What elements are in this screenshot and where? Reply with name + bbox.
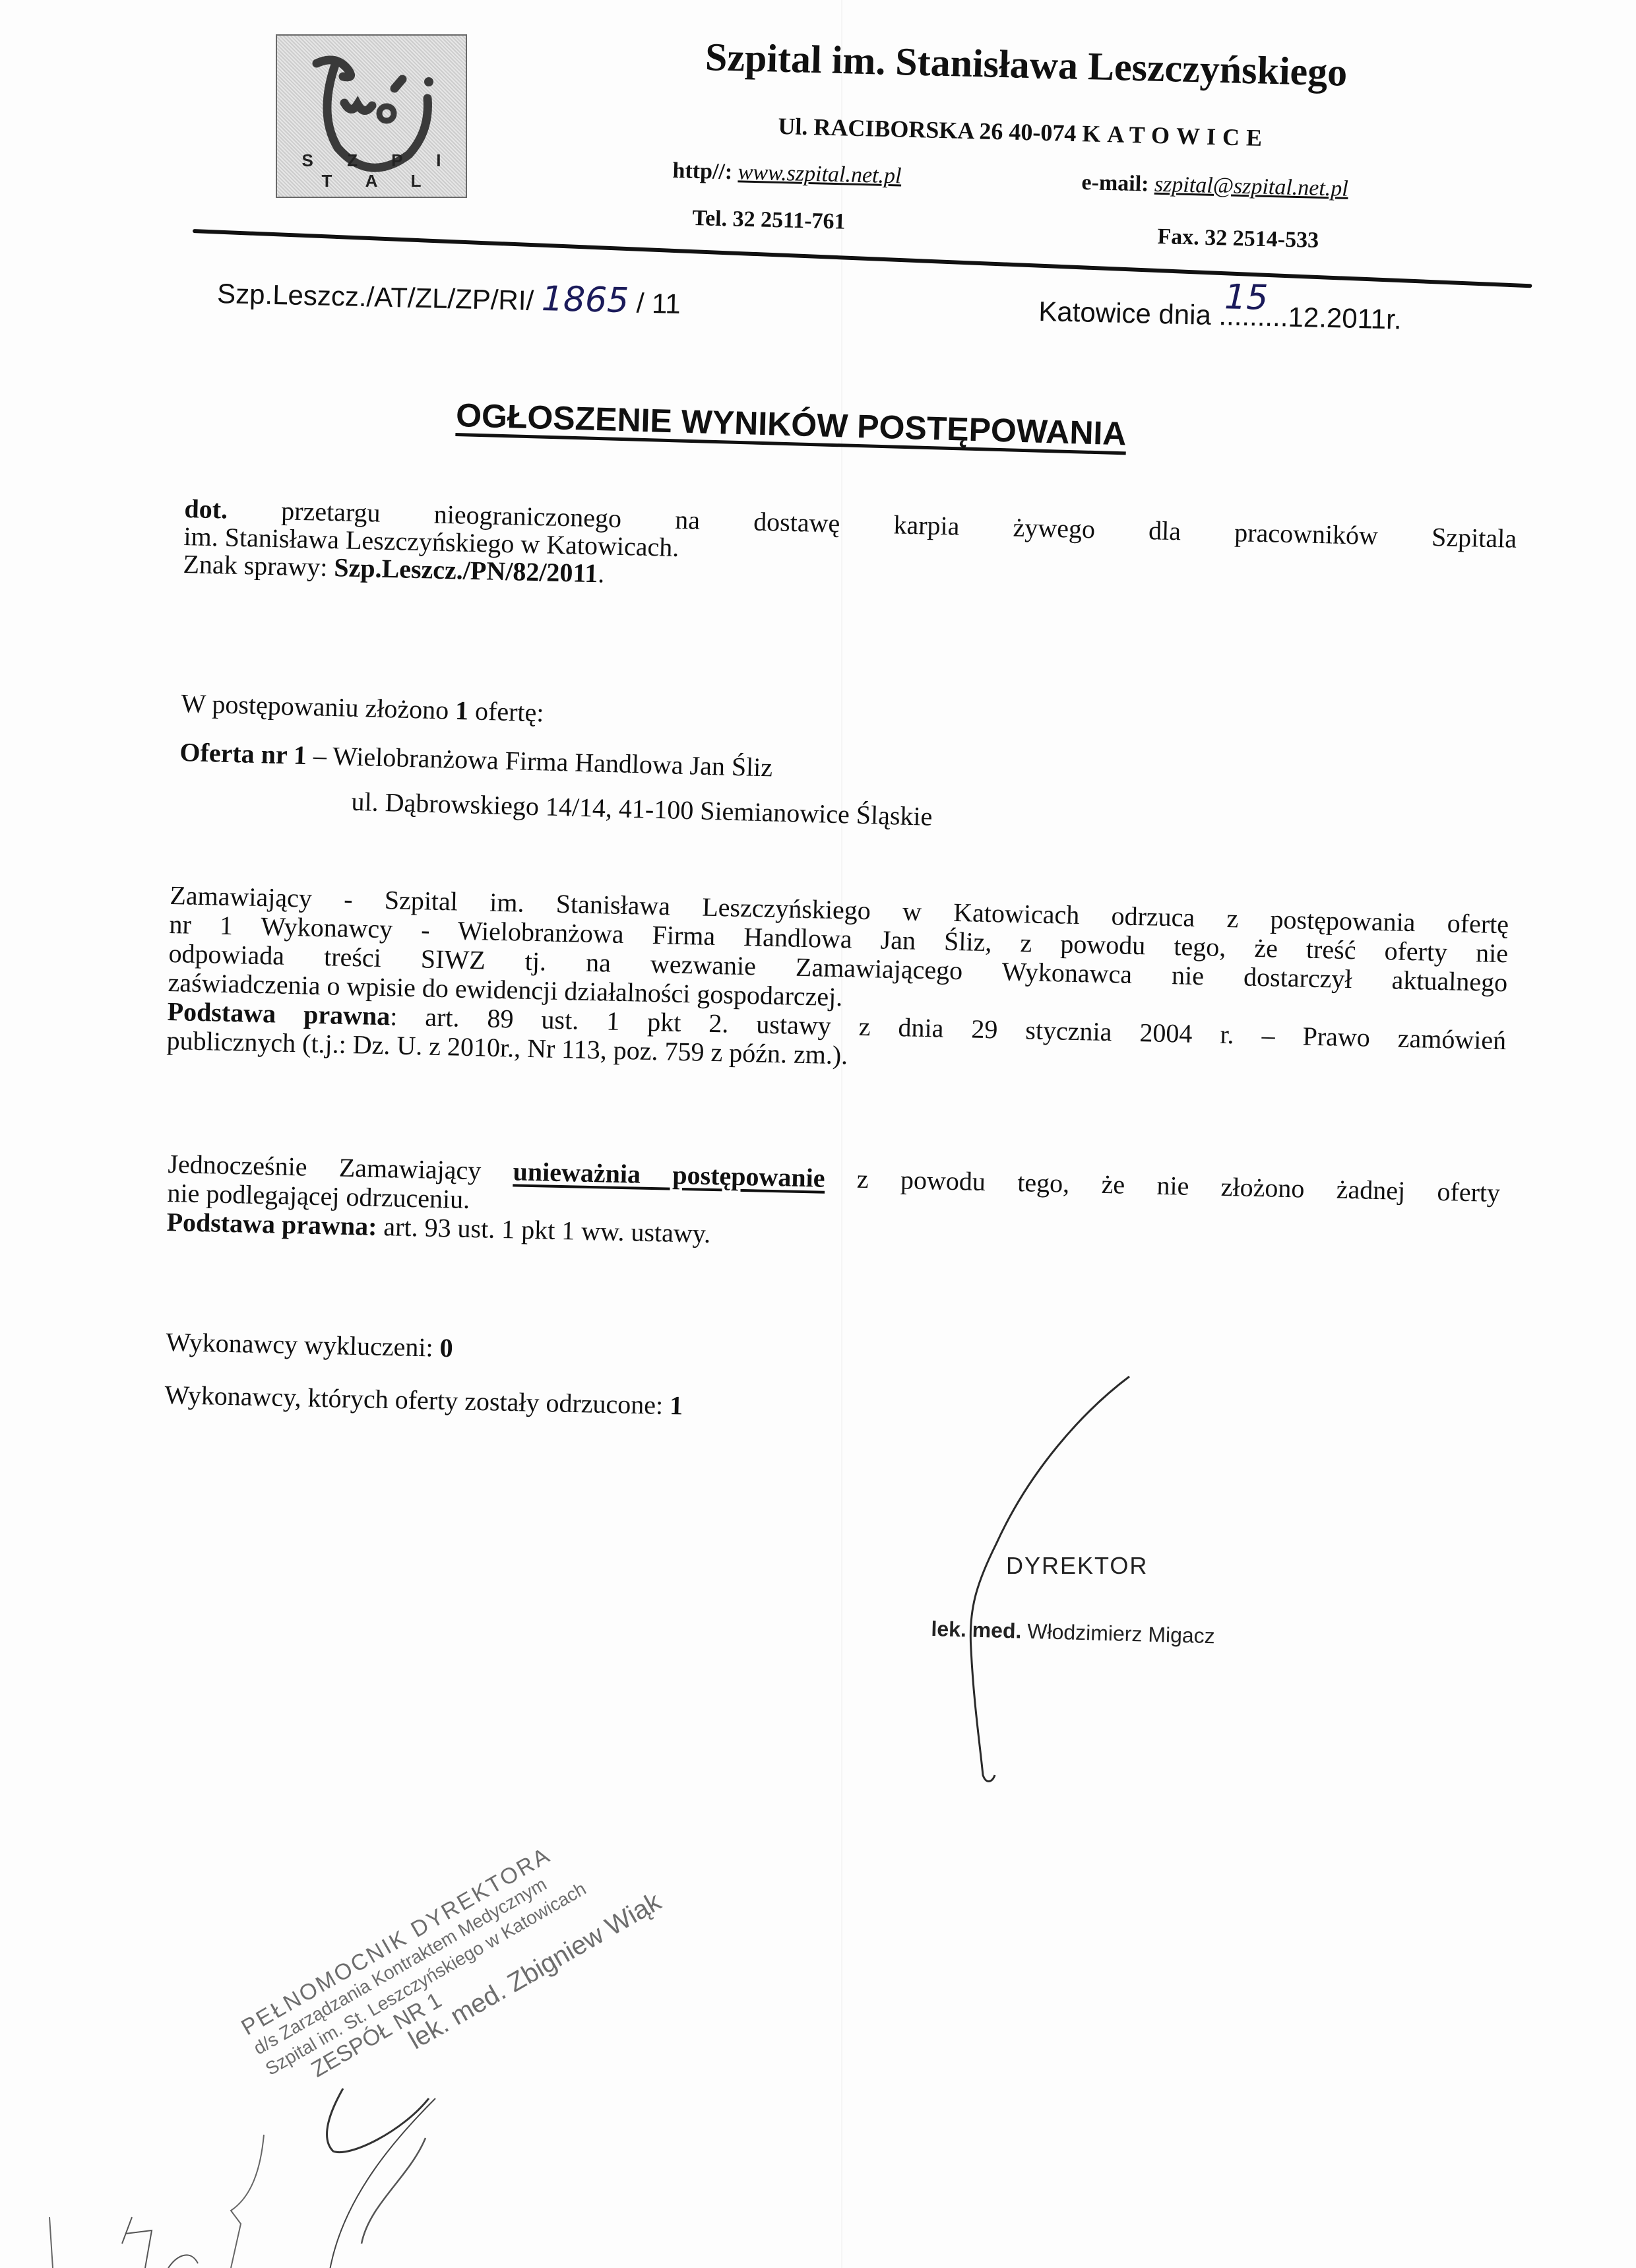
decision-paragraph: Zamawiający - Szpital im. Stanisława Les…	[166, 881, 1509, 1084]
offers-intro: W postępowaniu złożono 1 ofertę:	[181, 690, 935, 737]
stamp-line: Szpital im. St. Leszczyńskiego w Katowic…	[261, 1848, 641, 2081]
website-line: http//: www.szpital.net.pl	[672, 158, 902, 189]
reference-number: Szp.Leszcz./AT/ZL/ZP/RI/ 1865 / 11	[217, 272, 681, 322]
signatory-title: DYREKTOR	[1006, 1552, 1148, 1580]
reference-prefix: Szp.Leszcz./AT/ZL/ZP/RI/	[217, 278, 534, 316]
rejected-contractors: Wykonawcy, których oferty zostały odrzuc…	[164, 1379, 683, 1421]
logo-wordmark: S Z P I T A L	[277, 150, 466, 191]
handwritten-reference-number: 1865	[541, 279, 629, 321]
email-label: e-mail:	[1081, 170, 1149, 196]
offers-section: W postępowaniu złożono 1 ofertę: Oferta …	[178, 690, 935, 831]
email-line: e-mail: szpital@szpital.net.pl	[1081, 170, 1348, 202]
address-city: KATOWICE	[1082, 120, 1269, 151]
offers-count: 1	[455, 696, 469, 726]
handwritten-day: 15	[1224, 277, 1269, 317]
date-label: Katowice dnia	[1038, 296, 1211, 331]
date-month-year: ..12.2011r.	[1273, 301, 1402, 335]
offer-item: Oferta nr 1 – Wielobranżowa Firma Handlo…	[179, 738, 934, 786]
offer-address: ul. Dąbrowskiego 14/14, 41-100 Siemianow…	[178, 783, 933, 831]
offer-company: – Wielobranżowa Firma Handlowa Jan Śliz	[306, 740, 772, 782]
website-label: http//:	[672, 158, 733, 184]
address-street: Ul. RACIBORSKA 26 40-074	[778, 113, 1077, 146]
phone-number: Tel. 32 2511-761	[692, 206, 846, 235]
fax-number: Fax. 32 2514-533	[1157, 224, 1319, 253]
annulment-paragraph: Jednocześnie Zamawiający unieważnia post…	[166, 1150, 1500, 1266]
email-link[interactable]: szpital@szpital.net.pl	[1154, 172, 1349, 201]
subject-paragraph: dot. przetargu nieograniczonego na dosta…	[183, 495, 1517, 608]
website-link[interactable]: www.szpital.net.pl	[738, 160, 902, 188]
reference-suffix: / 11	[636, 287, 681, 319]
official-stamp: PEŁNOMOCNIK DYREKTORA d/s Zarządzania Ko…	[237, 1807, 664, 2122]
signatory-name: lek. med. Włodzimierz Migacz	[931, 1617, 1215, 1648]
document-page: S Z P I T A L Szpital im. Stanisława Les…	[0, 0, 1636, 2268]
document-date: Katowice dnia 15 ....... ..12.2011r.	[1038, 296, 1402, 335]
excluded-count: 0	[439, 1333, 453, 1363]
hospital-address: Ul. RACIBORSKA 26 40-074 KATOWICE	[778, 112, 1269, 152]
annulment-basis-label: Podstawa prawna:	[166, 1207, 377, 1241]
scan-artifact-line	[841, 0, 842, 2268]
hospital-logo: S Z P I T A L	[276, 34, 467, 198]
rejected-count: 1	[670, 1390, 683, 1420]
case-number: Szp.Leszcz./PN/82/2011	[334, 552, 598, 588]
date-day-field: 15 .......	[1218, 300, 1273, 333]
excluded-contractors: Wykonawcy wykluczeni: 0	[166, 1326, 453, 1363]
hospital-name: Szpital im. Stanisława Leszczyńskiego	[705, 34, 1348, 96]
offer-label: Oferta nr 1	[179, 737, 307, 770]
document-title: OGŁOSZENIE WYNIKÓW POSTĘPOWANIA	[455, 396, 1127, 453]
handwritten-signature-icon	[0, 0, 1636, 2268]
